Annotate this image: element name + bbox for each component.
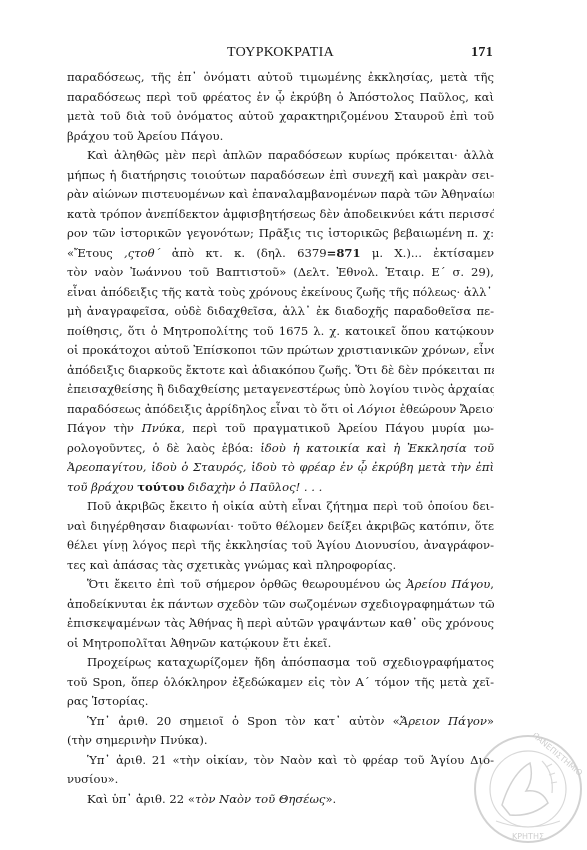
text-run: «Ἔτους xyxy=(67,246,124,260)
text-run: , xyxy=(490,577,494,591)
paragraph-start-line: Προχείρως καταχωρίζομεν ἤδη ἀπόσπασμα το… xyxy=(67,653,494,673)
text-line: ποίθησις, ὅτι ὁ Μητροπολίτης τοῦ 1675 λ.… xyxy=(67,322,494,342)
text-line: εἶναι ἀπόδειξις τῆς κατὰ τοὺς χρόνους ἐκ… xyxy=(67,283,494,303)
text-line: τοῦ Spon, ὅπερ ὁλόκληρον ἐξεδώκαμεν εἰς … xyxy=(67,673,494,693)
text-line: νυσίου». xyxy=(67,770,494,790)
text-line: οἱ προκάτοχοι αὐτοῦ Ἐπίσκοποι τῶν πρώτων… xyxy=(67,341,494,361)
text-line: ναὶ διηγέρθησαν διαφωνίαι· τοῦτο θέλομεν… xyxy=(67,517,494,537)
body-text: παραδόσεως, τῆς ἐπ᾽ ὀνόματι αὐτοῦ τιμωμέ… xyxy=(67,68,494,809)
italic-run: διδαχὴν ὁ Παῦλος! . . . xyxy=(184,480,322,494)
text-line: Ἀρεοπαγίτου, ἰδοὺ ὁ Σταυρός, ἰδοὺ τὸ φρέ… xyxy=(67,458,494,478)
italic-run: τὸν Ναὸν τοῦ Θησέως xyxy=(195,792,325,806)
text-line: τες καὶ ἁπάσας τὰς σχετικὰς γνώμας καὶ π… xyxy=(67,556,494,576)
paragraph-start-line: Καὶ ἀληθῶς μὲν περὶ ἁπλῶν παραδόσεων κυρ… xyxy=(67,146,494,166)
paragraph-start-line: Ὑπ᾽ ἀριθ. 20 σημειοῖ ὁ Spon τὸν κατ᾽ αὐτ… xyxy=(67,712,494,732)
text-line: θέλει γίνῃ λόγος περὶ τῆς ἐκκλησίας τοῦ … xyxy=(67,536,494,556)
text-line: βράχου τοῦ Ἀρείου Πάγου. xyxy=(67,127,494,147)
bold-run: τούτου xyxy=(137,480,184,494)
text-line: μήπως ἡ διατήρησις τοιούτων παραδόσεων ἐ… xyxy=(67,166,494,186)
text-run: ». xyxy=(325,792,336,806)
text-run: μ. Χ.)... ἐκτίσαμεν xyxy=(361,246,494,260)
text-line: παραδόσεως περὶ τοῦ φρέατος ἐν ᾧ ἐκρύβη … xyxy=(67,88,494,108)
text-line: κατὰ τρόπον ἀνεπίδεκτον ἀμφισβητήσεως δὲ… xyxy=(67,205,494,225)
text-run: » xyxy=(487,714,494,728)
text-line: παραδόσεως ἀπόδειξις ἀρρίδηλος εἶναι τὸ … xyxy=(67,400,494,420)
paragraph-start-line: Ὑπ᾽ ἀριθ. 21 «τὴν οἰκίαν, τὸν Ναὸν καὶ τ… xyxy=(67,751,494,771)
text-run: ἐθεώρουν Ἄρειον xyxy=(396,402,494,416)
text-run: ρολογοῦντες, ὁ δὲ λαὸς ἐβόα: xyxy=(67,441,260,455)
text-line: Πάγον τὴν Πνύκα, περὶ τοῦ πραγματικοῦ Ἀρ… xyxy=(67,419,494,439)
text-line: ρον τῶν ἱστορικῶν γεγονότων; Πρᾶξις τις … xyxy=(67,224,494,244)
text-run: Ὑπ᾽ ἀριθ. 20 σημειοῖ ὁ Spon τὸν κατ᾽ αὐτ… xyxy=(87,714,400,728)
text-line: μετὰ τοῦ διὰ τοῦ ὀνόματος αὐτοῦ χαρακτηρ… xyxy=(67,107,494,127)
italic-run: Ἀρείου Πάγου xyxy=(406,577,490,591)
text-run: Ὅτι ἔκειτο ἐπὶ τοῦ σήμερον ὀρθῶς θεωρουμ… xyxy=(87,577,406,591)
text-line: ἐπεισαχθείσης ἢ διδαχθείσης μεταγενεστέρ… xyxy=(67,380,494,400)
paragraph-start-line: Καὶ ὑπ᾽ ἀριθ. 22 «τὸν Ναὸν τοῦ Θησέως». xyxy=(67,790,494,810)
svg-text:ΠΑΝΕΠΙΣΤΗΜΙΟ: ΠΑΝΕΠΙΣΤΗΜΙΟ xyxy=(530,733,584,778)
text-line: ἐπισκεψαμένων τὰς Ἀθήνας ἢ περὶ αὐτῶν γρ… xyxy=(67,614,494,634)
italic-run: Λόγιοι xyxy=(358,402,396,416)
italic-run: ἰδοὺ ἡ κατοικία καὶ ἡ Ἐκκλησία τοῦ xyxy=(260,441,494,455)
text-run: Πάγον τὴν xyxy=(67,421,142,435)
italic-run: ,ςτοθ´ xyxy=(124,246,160,260)
text-line: ρας Ἱστορίας. xyxy=(67,692,494,712)
text-line: παραδόσεως, τῆς ἐπ᾽ ὀνόματι αὐτοῦ τιμωμέ… xyxy=(67,68,494,88)
page-number: 171 xyxy=(471,45,493,61)
italic-run: Ἄρειον Πάγον xyxy=(400,714,487,728)
text-line: ἀπόδειξις διαρκοῦς ἔκτοτε καὶ ἀδιακόπου … xyxy=(67,361,494,381)
text-run: Καὶ ὑπ᾽ ἀριθ. 22 « xyxy=(87,792,195,806)
svg-text:ΚΡΗΤΗΣ: ΚΡΗΤΗΣ xyxy=(512,832,544,841)
text-line: οἱ Μητροπολῖται Ἀθηνῶν κατῴκουν ἔτι ἐκεῖ… xyxy=(67,634,494,654)
italic-run: τοῦ βράχου xyxy=(67,480,137,494)
bold-run: =871 xyxy=(327,246,361,260)
paragraph-start-line: Ὅτι ἔκειτο ἐπὶ τοῦ σήμερον ὀρθῶς θεωρουμ… xyxy=(67,575,494,595)
paragraph-start-line: Ποῦ ἀκριβῶς ἔκειτο ἡ οἰκία αὐτὴ εἶναι ζή… xyxy=(67,497,494,517)
text-run: ἀπὸ κτ. κ. (δηλ. 6379 xyxy=(160,246,326,260)
text-line: (τὴν σημερινὴν Πνύκα). xyxy=(67,731,494,751)
running-title: ΤΟΥΡΚΟΚΡΑΤΙΑ xyxy=(67,45,494,61)
text-line: ἀποδείκνυται ἐκ πάντων σχεδὸν τῶν σωζομέ… xyxy=(67,595,494,615)
italic-run: Πνύκα xyxy=(142,421,182,435)
university-of-crete-seal-icon: ΠΑΝΕΠΙΣΤΗΜΙΟ ΚΡΗΤΗΣ xyxy=(472,733,584,845)
text-line: τοῦ βράχου τούτου διδαχὴν ὁ Παῦλος! . . … xyxy=(67,478,494,498)
text-line: «Ἔτους ,ςτοθ´ ἀπὸ κτ. κ. (δηλ. 6379=871 … xyxy=(67,244,494,264)
text-line: μὴ ἀναγραφεῖσα, οὐδὲ διδαχθεῖσα, ἀλλ᾽ ἐκ… xyxy=(67,302,494,322)
running-head: ΤΟΥΡΚΟΚΡΑΤΙΑ 171 xyxy=(67,45,494,63)
text-line: ρολογοῦντες, ὁ δὲ λαὸς ἐβόα: ἰδοὺ ἡ κατο… xyxy=(67,439,494,459)
text-run: παραδόσεως ἀπόδειξις ἀρρίδηλος εἶναι τὸ … xyxy=(67,402,358,416)
text-run: , περὶ τοῦ πραγματικοῦ Ἀρείου Πάγου μυρί… xyxy=(181,421,494,435)
text-line: ρὰν αἰώνων πιστευομένων καὶ ἐπαναλαμβανο… xyxy=(67,185,494,205)
text-line: τὸν ναὸν Ἰωάννου τοῦ Βαπτιστοῦ» (Δελτ. Ἐ… xyxy=(67,263,494,283)
